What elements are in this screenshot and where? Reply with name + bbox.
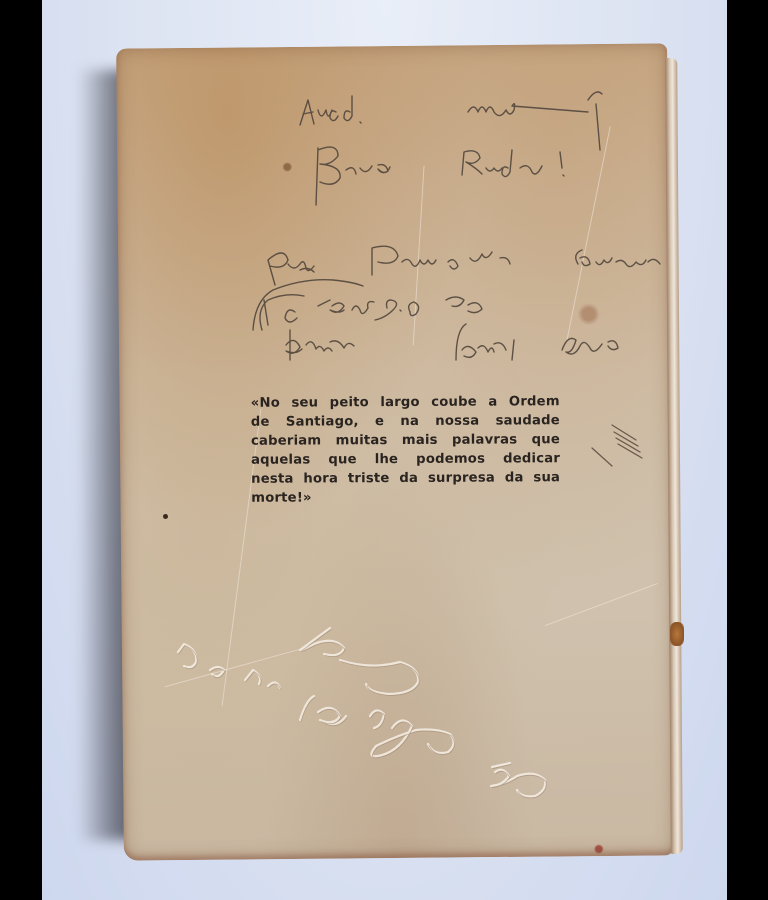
quote-line: morte!» [251, 487, 560, 508]
cover-crease [566, 126, 611, 342]
cover-crease [413, 166, 425, 346]
quote-line: aquelas que lhe podemos dedicar [251, 449, 560, 470]
quote-line: caberiam muitas mais palavras que [251, 430, 560, 451]
binding-thread-knot [670, 622, 684, 646]
left-letterbox-bar [0, 0, 42, 900]
ink-dot [163, 514, 168, 519]
quote-line: «No seu peito largo coube a Ordem [251, 392, 560, 413]
cover-crease [545, 583, 658, 626]
right-letterbox-bar [727, 0, 768, 900]
printed-quote: «No seu peito largo coube a Ordem de San… [251, 392, 561, 508]
cover-crease [164, 649, 299, 687]
quote-line: nesta hora triste da surpresa da sua [251, 468, 560, 489]
quote-line: de Santiago, e na nossa saudade [251, 411, 560, 432]
